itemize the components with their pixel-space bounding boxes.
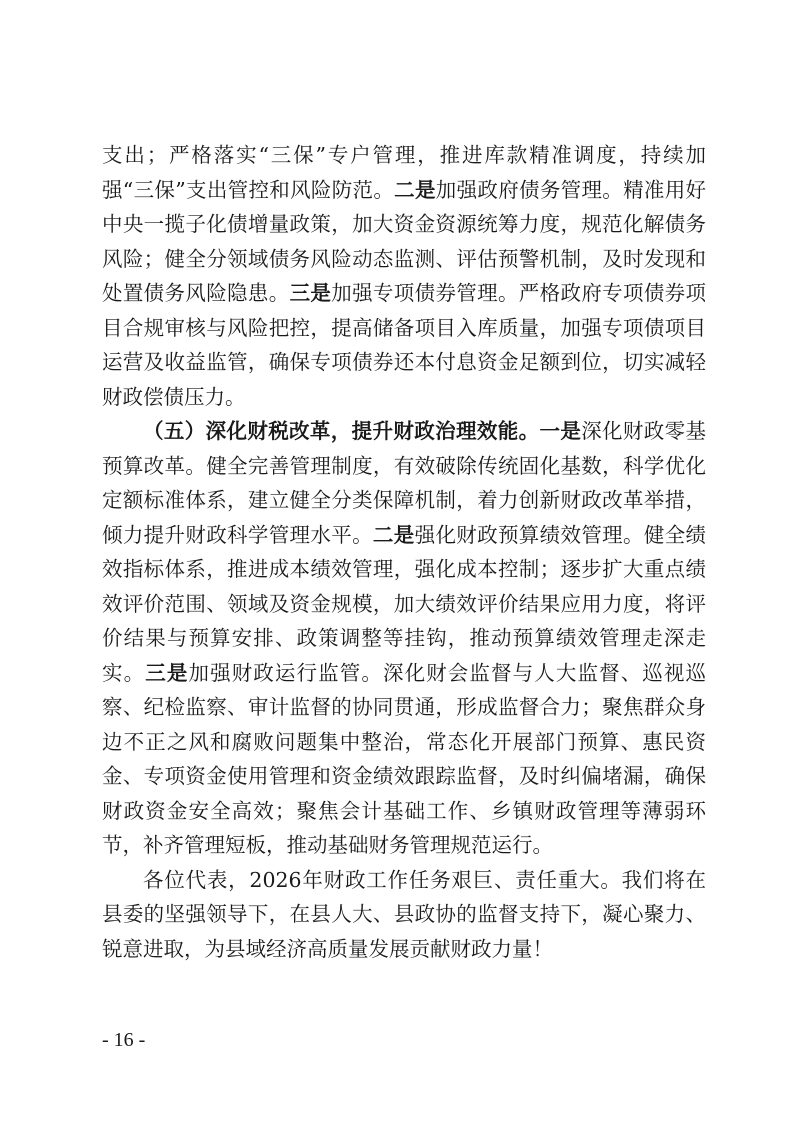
bold-marker-first: 一是 [539, 419, 581, 443]
bold-marker-third: 三是 [145, 661, 188, 685]
page-number: - 16 - [102, 1029, 145, 1052]
bold-marker-second: 二是 [394, 178, 436, 202]
paragraph-fiscal-reform: （五）深化财税改革，提升财政治理效能。一是深化财政零基预算改革。健全完善管理制度… [102, 414, 706, 863]
bold-marker-third: 三是 [290, 281, 332, 305]
paragraph-closing: 各位代表，2026年财政工作任务艰巨、责任重大。我们将在县委的坚强领导下，在县人… [102, 863, 706, 967]
text-segment: 加强财政运行监管。深化财会监督与人大监督、巡视巡察、纪检监察、审计监督的协同贯通… [102, 661, 706, 858]
text-segment: 各位代表，2026年财政工作任务艰巨、责任重大。我们将在县委的坚强领导下，在县人… [102, 868, 706, 961]
paragraph-debt-management: 支出；严格落实“三保”专户管理，推进库款精准调度，持续加强“三保”支出管控和风险… [102, 138, 706, 414]
bold-marker-second: 二是 [373, 523, 415, 547]
document-body: 支出；严格落实“三保”专户管理，推进库款精准调度，持续加强“三保”支出管控和风险… [102, 138, 706, 966]
section-heading: （五）深化财税改革，提升财政治理效能。 [143, 419, 539, 443]
